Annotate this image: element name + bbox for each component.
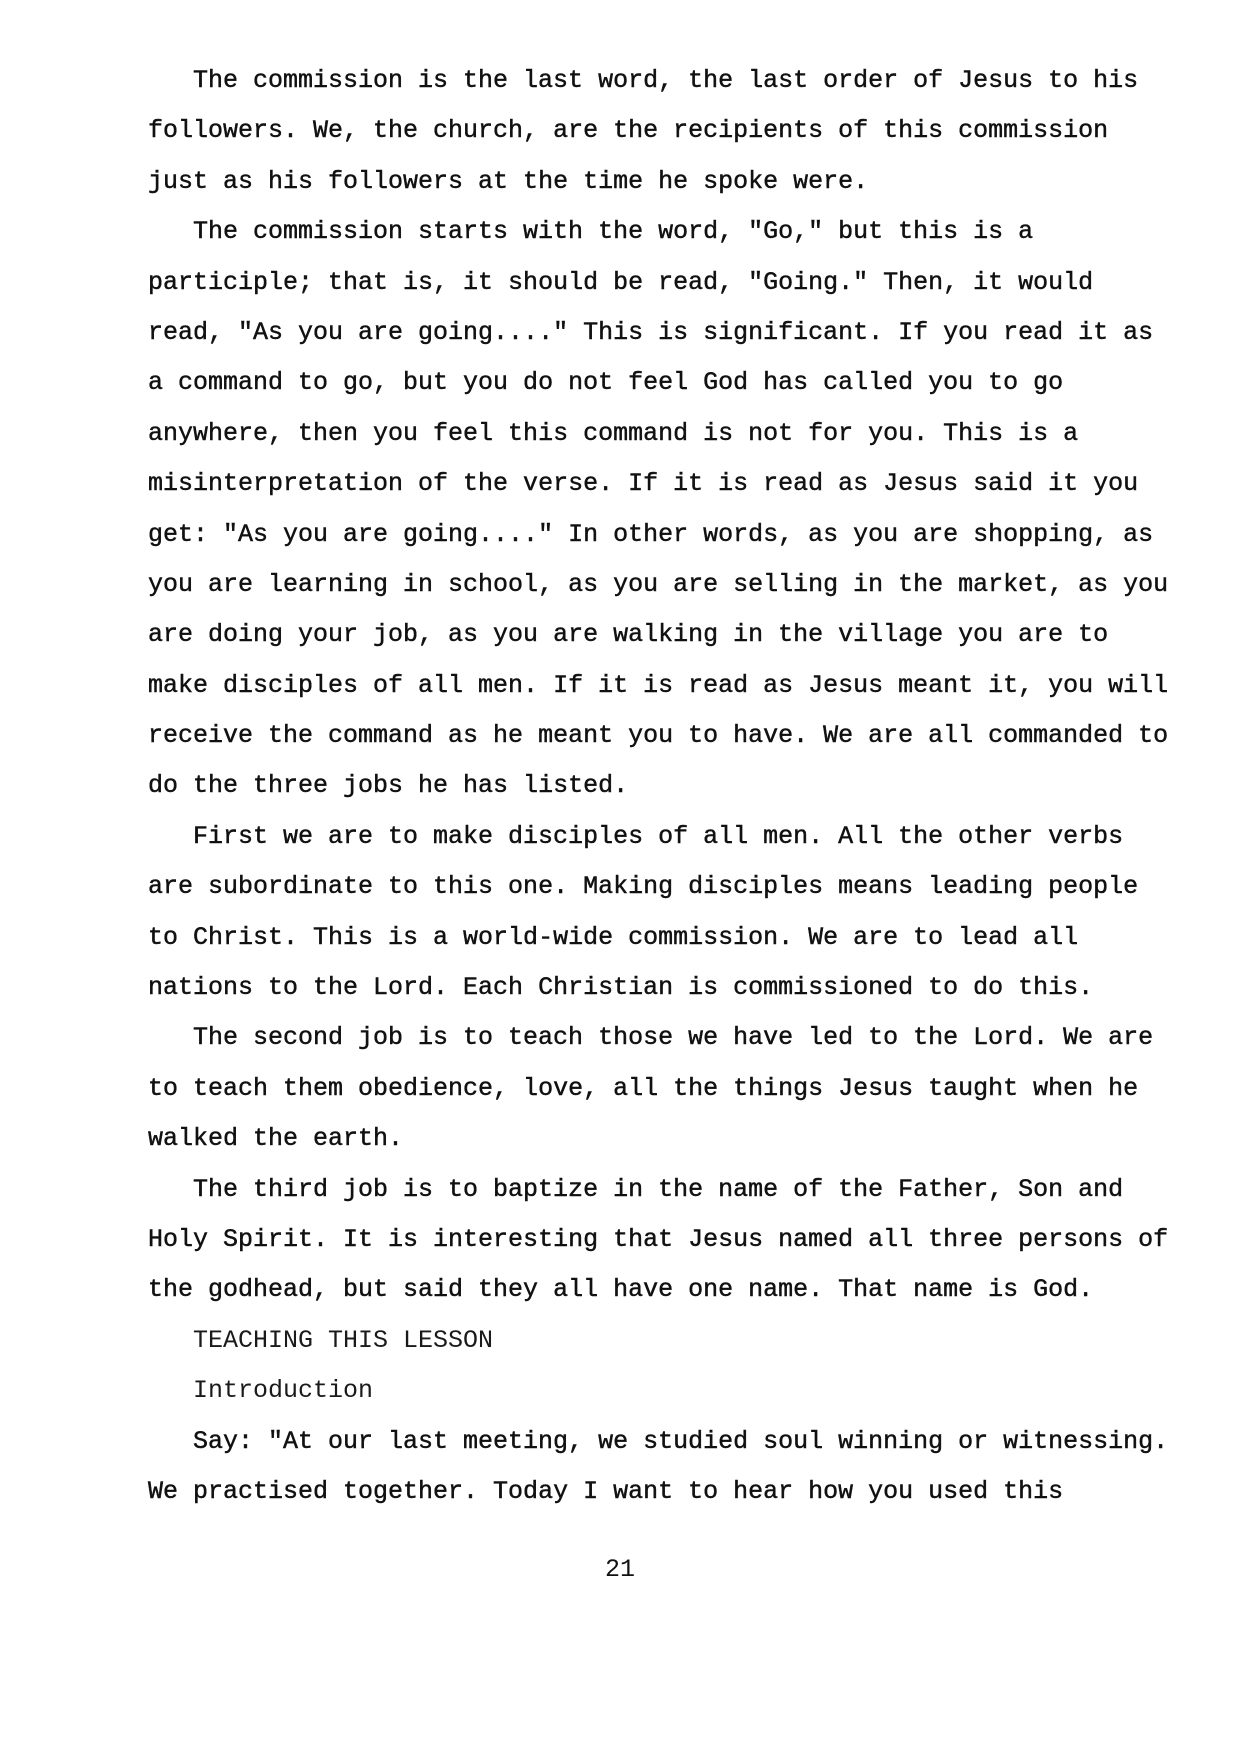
paragraph-introduction-say: Say: "At our last meeting, we studied so… [148,1417,1208,1518]
paragraph-third-job: The third job is to baptize in the name … [148,1165,1208,1316]
text-line: read, "As you are going...." This is sig… [148,308,1208,358]
text-line: the godhead, but said they all have one … [148,1265,1208,1315]
text-line: walked the earth. [148,1114,1208,1164]
paragraph-first-job: First we are to make disciples of all me… [148,812,1208,1014]
paragraph-commission-last-word: The commission is the last word, the las… [148,56,1208,207]
text-line: are doing your job, as you are walking i… [148,610,1208,660]
text-line: are subordinate to this one. Making disc… [148,862,1208,912]
text-line: a command to go, but you do not feel God… [148,358,1208,408]
text-line: Say: "At our last meeting, we studied so… [148,1417,1208,1467]
subsection-heading: Introduction [148,1366,1208,1416]
text-line: just as his followers at the time he spo… [148,157,1208,207]
text-line: followers. We, the church, are the recip… [148,106,1208,156]
text-line: Holy Spirit. It is interesting that Jesu… [148,1215,1208,1265]
text-line: do the three jobs he has listed. [148,761,1208,811]
text-line: to teach them obedience, love, all the t… [148,1064,1208,1114]
text-line: The third job is to baptize in the name … [148,1165,1208,1215]
text-line: nations to the Lord. Each Christian is c… [148,963,1208,1013]
text-line: The commission starts with the word, "Go… [148,207,1208,257]
section-heading: TEACHING THIS LESSON [148,1316,1208,1366]
text-line: misinterpretation of the verse. If it is… [148,459,1208,509]
text-line: The commission is the last word, the las… [148,56,1208,106]
text-line: We practised together. Today I want to h… [148,1467,1208,1517]
text-line: First we are to make disciples of all me… [148,812,1208,862]
text-line: make disciples of all men. If it is read… [148,661,1208,711]
body-text: The commission is the last word, the las… [148,56,1208,1517]
document-page: The commission is the last word, the las… [0,0,1240,1753]
text-line: participle; that is, it should be read, … [148,258,1208,308]
text-line: to Christ. This is a world-wide commissi… [148,913,1208,963]
text-line: receive the command as he meant you to h… [148,711,1208,761]
page-number: 21 [0,1555,1240,1585]
paragraph-second-job: The second job is to teach those we have… [148,1013,1208,1164]
text-line: anywhere, then you feel this command is … [148,409,1208,459]
text-line: get: "As you are going...." In other wor… [148,510,1208,560]
paragraph-commission-go-participle: The commission starts with the word, "Go… [148,207,1208,812]
text-line: The second job is to teach those we have… [148,1013,1208,1063]
text-line: you are learning in school, as you are s… [148,560,1208,610]
